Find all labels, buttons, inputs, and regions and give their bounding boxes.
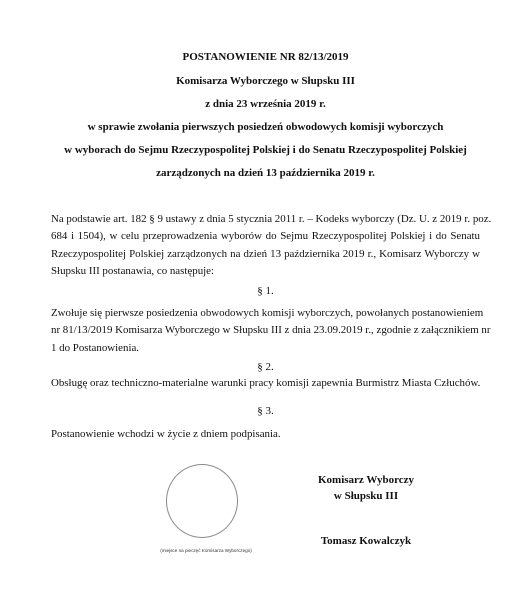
stamp-caption: (miejsce na pieczęć Komisarza Wyborczego…: [150, 548, 262, 553]
preamble-line: Rzeczypospolitej Polskiej zarządzonych n…: [51, 246, 480, 263]
preamble-line: Słupsku III postanawia, co następuje:: [51, 263, 480, 280]
preamble-line: Na podstawie art. 182 § 9 ustawy z dnia …: [51, 211, 480, 228]
section-2-heading: § 2.: [0, 360, 531, 374]
subject-line-2: w wyborach do Sejmu Rzeczypospolitej Pol…: [0, 143, 531, 157]
signature-role-line-1: Komisarz Wyborczy: [296, 473, 436, 487]
section-3-heading: § 3.: [0, 404, 531, 418]
section-1-paragraph: Zwołuje się pierwsze posiedzenia obwodow…: [51, 305, 480, 357]
issuing-authority: Komisarza Wyborczego w Słupsku III: [0, 74, 531, 88]
signatory-name: Tomasz Kowalczyk: [296, 534, 436, 548]
section-1-line: nr 81/13/2019 Komisarza Wyborczego w Słu…: [51, 322, 480, 339]
section-1-line: Zwołuje się pierwsze posiedzenia obwodow…: [51, 305, 480, 322]
section-1-heading: § 1.: [0, 284, 531, 298]
section-2-text: Obsługę oraz techniczno-materialne warun…: [51, 376, 480, 390]
section-3-text: Postanowienie wchodzi w życie z dniem po…: [51, 427, 281, 441]
preamble-paragraph: Na podstawie art. 182 § 9 ustawy z dnia …: [51, 211, 480, 280]
signature-role-line-2: w Słupsku III: [296, 489, 436, 503]
stamp-placeholder-circle: [166, 464, 238, 538]
section-1-line: 1 do Postanowienia.: [51, 340, 480, 357]
document-title: POSTANOWIENIE NR 82/13/2019: [0, 50, 531, 64]
preamble-line: 684 i 1504), w celu przeprowadzenia wybo…: [51, 228, 480, 245]
document-date: z dnia 23 września 2019 r.: [0, 97, 531, 111]
subject-line-1: w sprawie zwołania pierwszych posiedzeń …: [0, 120, 531, 134]
subject-line-3: zarządzonych na dzień 13 października 20…: [0, 166, 531, 180]
